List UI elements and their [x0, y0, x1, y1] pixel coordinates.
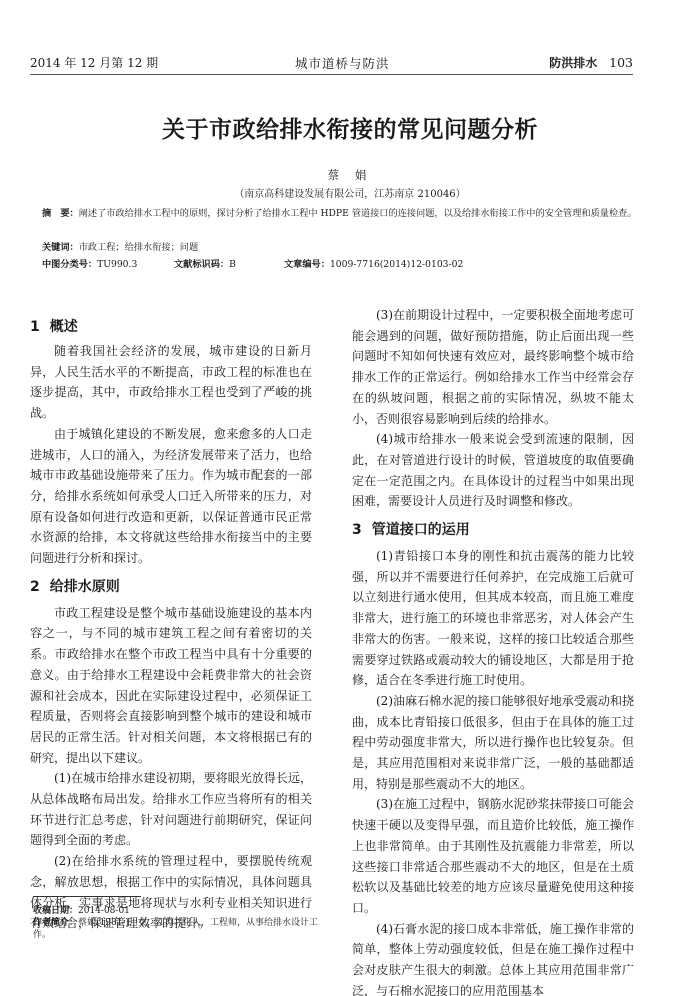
footnote-divider — [33, 896, 141, 897]
author-name: 蔡 娟 — [0, 167, 700, 183]
doc-code-label: 文献标识码： — [174, 259, 229, 270]
doc-code: 文献标识码：B — [174, 256, 284, 273]
article-number: 文章编号：1009-7716(2014)12-0103-02 — [284, 259, 463, 270]
clc: 中图分类号：TU990.3 — [42, 256, 174, 273]
paragraph: 由于城镇化建设的不断发展，愈来愈多的人口走进城市，人口的涌入，为经济发展带来了活… — [30, 424, 312, 569]
paragraph: (1)青铅接口本身的刚性和抗击震荡的能力比较强，所以并不需要进行任何养护，在完成… — [352, 546, 634, 691]
author-bio: 作者简介：蔡娟(1981-)，女，江苏兴化人，工程师，从事给排水设计工作。 — [33, 917, 323, 941]
classification-line: 中图分类号：TU990.3文献标识码：B文章编号：1009-7716(2014)… — [42, 256, 642, 273]
journal-name: 城市道桥与防洪 — [295, 54, 390, 72]
paragraph: 随着我国社会经济的发展，城市建设的日新月异，人民生活水平的不断提高，市政工程的标… — [30, 341, 312, 424]
keywords-label: 关键词： — [42, 242, 79, 253]
abstract-label: 摘 要： — [42, 208, 79, 219]
paragraph: (4)石膏水泥的接口成本非常低，施工操作非常的简单，整体上劳动强度较低，但是在施… — [352, 919, 634, 996]
section-heading-3: 3管道接口的运用 — [352, 520, 634, 540]
left-column: 1概述 随着我国社会经济的发展，城市建设的日新月异，人民生活水平的不断提高，市政… — [30, 317, 312, 934]
doc-code-value: B — [229, 259, 236, 270]
footnote: 收稿日期：2014-08-01 作者简介：蔡娟(1981-)，女，江苏兴化人，工… — [33, 905, 323, 941]
right-column: (3)在前期设计过程中，一定要积极全面地考虑可能会遇到的问题，做好预防措施，防止… — [352, 305, 634, 996]
keywords: 关键词：市政工程；给排水衔接；问题 — [42, 239, 642, 256]
issue-info: 2014 年 12 月第 12 期 — [30, 54, 158, 71]
paragraph: 市政工程建设是整个城市基础设施建设的基本内容之一，与不同的城市建筑工程之间有着密… — [30, 603, 312, 769]
section-name: 防洪排水 — [549, 56, 597, 70]
abstract-text: 阐述了市政给排水工程中的原则，探讨分析了给排水工程中 HDPE 管道接口的连接问… — [79, 208, 637, 219]
section-heading-2: 2给排水原则 — [30, 577, 312, 597]
clc-value: TU990.3 — [97, 259, 137, 270]
clc-label: 中图分类号： — [42, 259, 97, 270]
running-header: 2014 年 12 月第 12 期 城市道桥与防洪 防洪排水 103 — [30, 50, 633, 75]
page-number: 103 — [609, 55, 633, 70]
paragraph: (1)在城市给排水建设初期，要将眼光放得长远，从总体战略布局出发。给排水工作应当… — [30, 768, 312, 851]
paragraph: (3)在施工过程中，钢筋水泥砂浆抹带接口可能会快速干硬以及变得早强，而且造价比较… — [352, 794, 634, 918]
article-number-label: 文章编号： — [284, 259, 330, 270]
article-number-value: 1009-7716(2014)12-0103-02 — [330, 259, 463, 270]
article-title: 关于市政给排水衔接的常见问题分析 — [0, 111, 700, 144]
abstract: 摘 要：阐述了市政给排水工程中的原则，探讨分析了给排水工程中 HDPE 管道接口… — [42, 205, 642, 222]
paragraph: (2)油麻石棉水泥的接口能够很好地承受震动和挠曲，成本比青铅接口低很多，但由于在… — [352, 691, 634, 795]
section-heading-1: 1概述 — [30, 317, 312, 337]
received-date: 收稿日期：2014-08-01 — [33, 905, 323, 917]
paragraph: (3)在前期设计过程中，一定要积极全面地考虑可能会遇到的问题，做好预防措施，防止… — [352, 305, 634, 429]
paragraph: (4)城市给排水一般来说会受到流速的限制，因此，在对管道进行设计的时候，管道坡度… — [352, 429, 634, 512]
keywords-text: 市政工程；给排水衔接；问题 — [79, 242, 198, 253]
section-and-page: 防洪排水 103 — [549, 54, 633, 71]
author-affiliation: （南京高科建设发展有限公司，江苏南京 210046） — [0, 185, 700, 200]
